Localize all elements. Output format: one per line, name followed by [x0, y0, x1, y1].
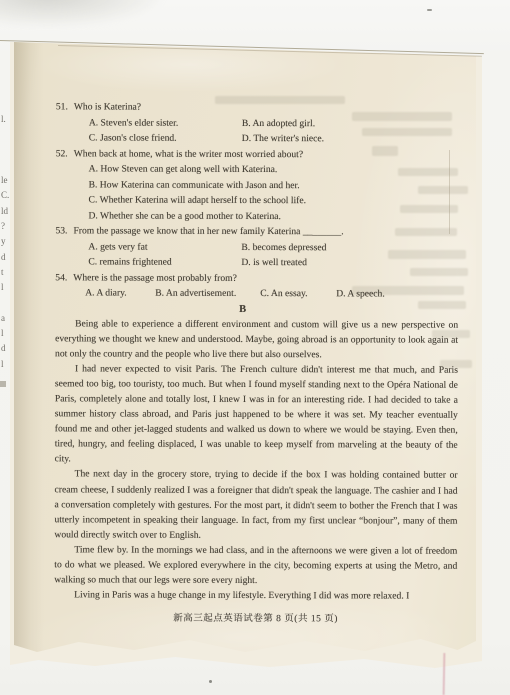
option-a: A. How Steven can get along well with Ka… [56, 161, 459, 178]
scanner-pink-streak [443, 653, 446, 695]
passage-paragraph: Time flew by. In the mornings we had cla… [54, 542, 457, 589]
question-52: 52.When back at home, what is the writer… [55, 146, 458, 225]
option-c: C. Whether Katerina will adapt herself t… [56, 192, 459, 209]
scan-speck [0, 381, 6, 387]
question-stem: Where is the passage most probably from? [73, 272, 237, 284]
scanner-smudge [0, 0, 230, 45]
reading-passage: Being able to experience a different env… [54, 316, 458, 603]
page-footer: 新高三起点英语试卷第 8 页(共 15 页) [54, 609, 457, 624]
option-b: B. An adopted girl. [242, 117, 315, 128]
question-number: 52. [56, 146, 74, 162]
option-b: B. An advertisement. [155, 286, 260, 302]
option-c: C. remains frightened [88, 254, 241, 270]
option-d: D. A speech. [336, 288, 385, 299]
question-stem: From the passage we know that in her new… [73, 225, 343, 237]
question-number: 54. [55, 270, 73, 286]
option-b: B. How Katerina can communicate with Jas… [56, 177, 459, 194]
question-number: 53. [55, 223, 73, 239]
question-51: 51.Who is Katerina? A. Steven's elder si… [56, 99, 459, 147]
section-header: B [55, 301, 458, 318]
option-d: D. is well treated [241, 257, 307, 268]
scan-speck [209, 680, 212, 683]
question-54: 54.Where is the passage most probably fr… [55, 270, 458, 302]
option-c: C. An essay. [260, 286, 336, 302]
passage-paragraph: The next day in the grocery store, tryin… [54, 467, 457, 544]
question-stem: Who is Katerina? [74, 101, 141, 112]
passage-paragraph: Being able to experience a different env… [55, 316, 458, 363]
option-b: B. becomes depressed [241, 241, 326, 252]
question-stem: When back at home, what is the writer mo… [74, 148, 303, 160]
page-content: 51.Who is Katerina? A. Steven's elder si… [54, 99, 459, 624]
option-a: A. gets very fat [88, 239, 241, 255]
passage-paragraph: I had never expected to visit Paris. The… [55, 361, 458, 468]
option-d: D. Whether she can be a good mother to K… [55, 208, 458, 225]
option-d: D. The writer's niece. [242, 133, 324, 144]
question-number: 51. [56, 99, 74, 115]
scan-speck [427, 9, 432, 11]
option-a: A. A diary. [85, 285, 155, 301]
option-c: C. Jason's close friend. [89, 130, 242, 146]
option-a: A. Steven's elder sister. [89, 115, 242, 131]
adjacent-page-text-fragments: l. le C. ld ? y d t l a l d l [1, 112, 16, 372]
question-53: 53.From the passage we know that in her … [55, 223, 458, 271]
passage-paragraph: Living in Paris was a huge change in my … [54, 587, 457, 603]
